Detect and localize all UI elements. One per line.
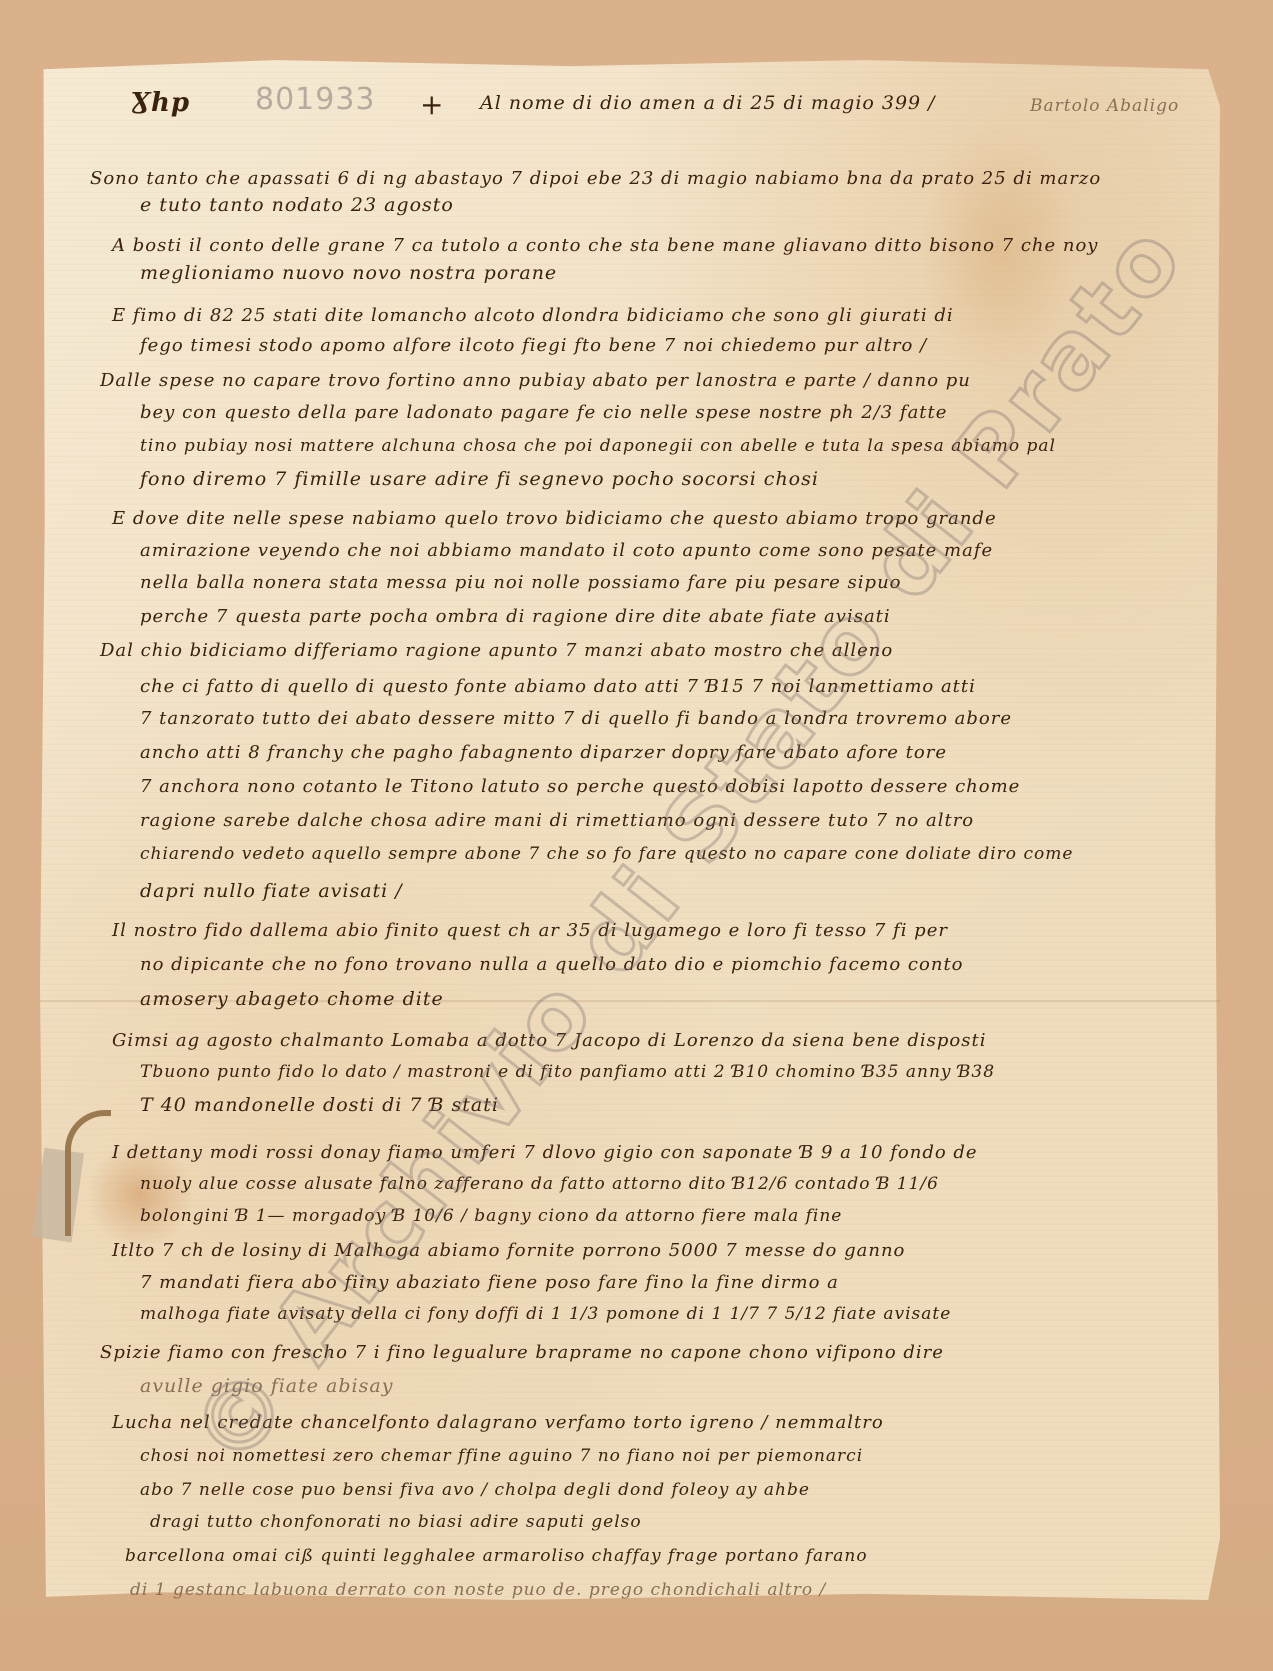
letter-line: E dove dite nelle spese nabiamo quelo tr… (112, 508, 997, 529)
letter-line: ragione sarebe dalche chosa adire mani d… (140, 810, 974, 831)
letter-line: 7 anchora nono cotanto le Titono latuto … (140, 776, 1020, 797)
archive-number: 801933 (255, 82, 376, 117)
letter-line: Sono tanto che apassati 6 di ng abastayo… (90, 168, 1101, 189)
letter-line: nuoly alue cosse alusate falno zafferano… (140, 1174, 939, 1194)
letter-line: E fimo di 82 25 stati dite lomancho alco… (112, 305, 954, 326)
letter-line: tino pubiay nosi mattere alchuna chosa c… (140, 436, 1056, 456)
letter-line: Itlto 7 ch de losiny di Malhoga abiamo f… (112, 1240, 905, 1261)
letter-line: I dettany modi rossi donay fiamo umferi … (112, 1142, 978, 1163)
letter-line: di 1 gestanc labuona derrato con noste p… (130, 1580, 826, 1600)
letter-line: dragi tutto chonfonorati no biasi adire … (150, 1512, 642, 1532)
letter-line: nella balla nonera stata messa piu noi n… (140, 572, 902, 593)
letter-line: Il nostro fido dallema abio finito quest… (112, 920, 948, 941)
letter-line: 7 tanzorato tutto dei abato dessere mitt… (140, 708, 1012, 729)
letter-line: abo 7 nelle cose puo bensi fiva avo / ch… (140, 1480, 810, 1500)
letter-line: bey con questo della pare ladonato pagar… (140, 402, 947, 423)
invocation-dateline: Al nome di dio amen a di 25 di magio 399… (480, 92, 936, 114)
letter-line: amosery abageto chome dite (140, 988, 444, 1010)
letter-line: meglioniamo nuovo novo nostra porane (140, 262, 557, 284)
letter-line: fono diremo 7 fimille usare adire fi seg… (140, 468, 819, 490)
letter-line: perche 7 questa parte pocha ombra di rag… (140, 606, 891, 627)
letter-line: fego timesi stodo apomo alfore ilcoto fi… (140, 335, 927, 356)
letter-line: dapri nullo fiate avisati / (140, 880, 403, 902)
letter-line: bolongini Ɓ 1— morgadoy Ɓ 10/6 / bagny c… (140, 1206, 842, 1226)
letter-line: Dalle spese no capare trovo fortino anno… (100, 370, 971, 391)
cross-symbol: + (420, 88, 444, 121)
binding-string (65, 1110, 111, 1236)
letter-line: A bosti il conto delle grane 7 ca tutolo… (112, 235, 1098, 256)
letter-line: barcellona omai ciß quinti legghalee arm… (125, 1546, 868, 1566)
letter-line: e tuto tanto nodato 23 agosto (140, 194, 454, 216)
address-note: Bartolo Abaligo (1030, 96, 1179, 116)
letter-line: 7 mandati fiera abo fiiny abaziato fiene… (140, 1272, 839, 1293)
merchant-mark: Ɣhp (130, 88, 190, 118)
